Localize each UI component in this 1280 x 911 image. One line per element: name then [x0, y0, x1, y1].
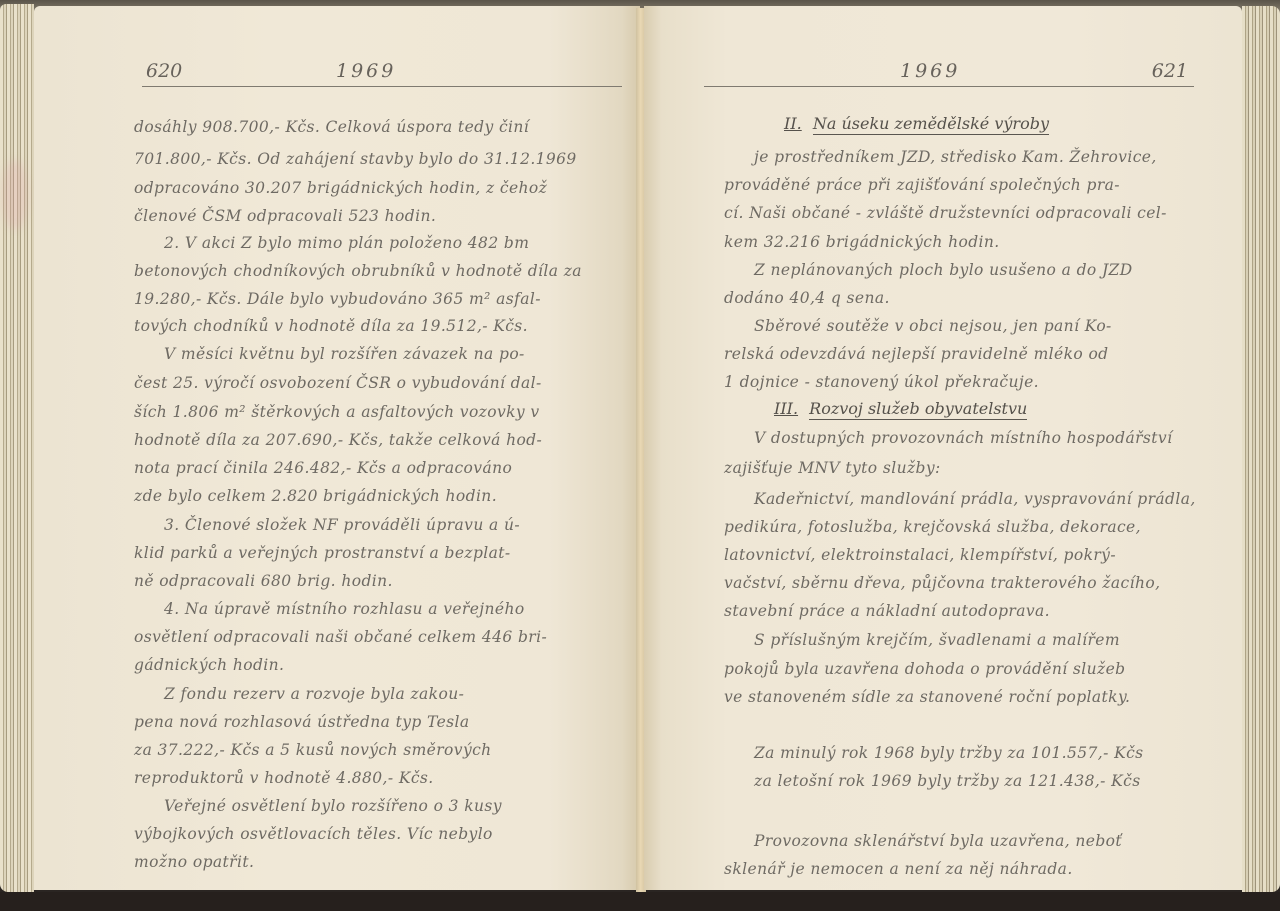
- left-page: 620 1969 dosáhly 908.700,- Kčs. Celková …: [34, 6, 640, 890]
- text-line: ně odpracovali 680 brig. hodin.: [134, 572, 393, 590]
- text-line: ších 1.806 m² štěrkových a asfaltových v…: [134, 403, 540, 421]
- page-stack-right: [1242, 6, 1280, 892]
- text-line: stavební práce a nákladní autodoprava.: [724, 602, 1050, 620]
- text-line: odpracováno 30.207 brigádnických hodin, …: [134, 179, 547, 197]
- text-line: pedikúra, fotoslužba, krejčovská služba,…: [724, 518, 1141, 536]
- text-line: latovnictví, elektroinstalaci, klempířst…: [724, 546, 1116, 564]
- text-line: prováděné práce při zajišťování společný…: [724, 176, 1120, 194]
- left-page-header: 620 1969: [142, 58, 622, 87]
- text-line: osvětlení odpracovali naši občané celkem…: [134, 628, 547, 646]
- text-line: možno opatřit.: [134, 853, 254, 871]
- right-page-header: 1969 621: [704, 58, 1194, 87]
- revenue-line-1969: za letošní rok 1969 byly tržby za 121.43…: [754, 772, 1141, 790]
- text-line: gádnických hodin.: [134, 656, 284, 674]
- text-line: 3. Členové složek NF prováděli úpravu a …: [164, 516, 520, 534]
- page-number: 620: [146, 60, 182, 82]
- text-line: 2. V akci Z bylo mimo plán položeno 482 …: [164, 234, 529, 252]
- background-bottom: [0, 892, 1280, 911]
- revenue-line-1968: Za minulý rok 1968 byly tržby za 101.557…: [754, 744, 1144, 762]
- page-number: 621: [1152, 60, 1188, 82]
- text-line: dodáno 40,4 q sena.: [724, 289, 890, 307]
- text-line: Sběrové soutěže v obci nejsou, jen paní …: [754, 317, 1112, 335]
- text-line: kem 32.216 brigádnických hodin.: [724, 233, 1000, 251]
- text-line: klid parků a veřejných prostranství a be…: [134, 544, 511, 562]
- text-line: S příslušným krejčím, švadlenami a malíř…: [754, 631, 1120, 649]
- text-line: vačství, sběrnu dřeva, půjčovna traktero…: [724, 574, 1160, 592]
- text-line: dosáhly 908.700,- Kčs. Celková úspora te…: [134, 118, 529, 136]
- right-page: 1969 621 II. Na úseku zemědělské výroby …: [644, 6, 1242, 890]
- section-title: Na úseku zemědělské výroby: [813, 114, 1049, 135]
- text-line: pena nová rozhlasová ústředna typ Tesla: [134, 713, 470, 731]
- section-number: II.: [784, 114, 802, 133]
- text-line: čest 25. výročí osvobození ČSR o vybudov…: [134, 374, 542, 392]
- text-line: betonových chodníkových obrubníků v hodn…: [134, 262, 582, 280]
- text-line: pokojů byla uzavřena dohoda o provádění …: [724, 660, 1125, 678]
- stain-mark: [2, 160, 28, 230]
- text-line: 4. Na úpravě místního rozhlasu a veřejné…: [164, 600, 525, 618]
- text-line: za 37.222,- Kčs a 5 kusů nových směrovýc…: [134, 741, 492, 759]
- text-line: cí. Naši občané - zvláště družstevníci o…: [724, 204, 1167, 222]
- text-line: sklenář je nemocen a není za něj náhrada…: [724, 860, 1073, 878]
- text-line: Veřejné osvětlení bylo rozšířeno o 3 kus…: [164, 797, 502, 815]
- text-line: tových chodníků v hodnotě díla za 19.512…: [134, 317, 528, 335]
- page-year: 1969: [336, 60, 396, 82]
- section-heading-agriculture: II. Na úseku zemědělské výroby: [784, 114, 1049, 133]
- text-line: Z fondu rezerv a rozvoje byla zakou-: [164, 685, 464, 703]
- text-line: reproduktorů v hodnotě 4.880,- Kčs.: [134, 769, 434, 787]
- text-line: 1 dojnice - stanovený úkol překračuje.: [724, 373, 1039, 391]
- text-line: zajišťuje MNV tyto služby:: [724, 459, 941, 477]
- section-heading-services: III. Rozvoj služeb obyvatelstvu: [774, 399, 1027, 418]
- text-line: Kadeřnictví, mandlování prádla, vyspravo…: [754, 490, 1196, 508]
- text-line: hodnotě díla za 207.690,- Kčs, takže cel…: [134, 431, 542, 449]
- section-title: Rozvoj služeb obyvatelstvu: [809, 399, 1027, 420]
- page-stack-left: [0, 4, 34, 892]
- text-line: Z neplánovaných ploch bylo usušeno a do …: [754, 261, 1133, 279]
- text-line: V dostupných provozovnách místního hospo…: [754, 429, 1172, 447]
- text-line: výbojkových osvětlovacích těles. Víc neb…: [134, 825, 493, 843]
- section-number: III.: [774, 399, 798, 418]
- text-line: 701.800,- Kčs. Od zahájení stavby bylo d…: [134, 150, 577, 168]
- text-line: členové ČSM odpracovali 523 hodin.: [134, 207, 436, 225]
- text-line: zde bylo celkem 2.820 brigádnických hodi…: [134, 487, 497, 505]
- text-line: Provozovna sklenářství byla uzavřena, ne…: [754, 832, 1122, 850]
- text-line: je prostředníkem JZD, středisko Kam. Žeh…: [754, 148, 1157, 166]
- text-line: 19.280,- Kčs. Dále bylo vybudováno 365 m…: [134, 290, 541, 308]
- page-year: 1969: [900, 60, 960, 82]
- text-line: V měsíci květnu byl rozšířen závazek na …: [164, 345, 525, 363]
- text-line: relská odevzdává nejlepší pravidelně mlé…: [724, 345, 1109, 363]
- text-line: nota prací činila 246.482,- Kčs a odprac…: [134, 459, 512, 477]
- text-line: ve stanoveném sídle za stanovené roční p…: [724, 688, 1130, 706]
